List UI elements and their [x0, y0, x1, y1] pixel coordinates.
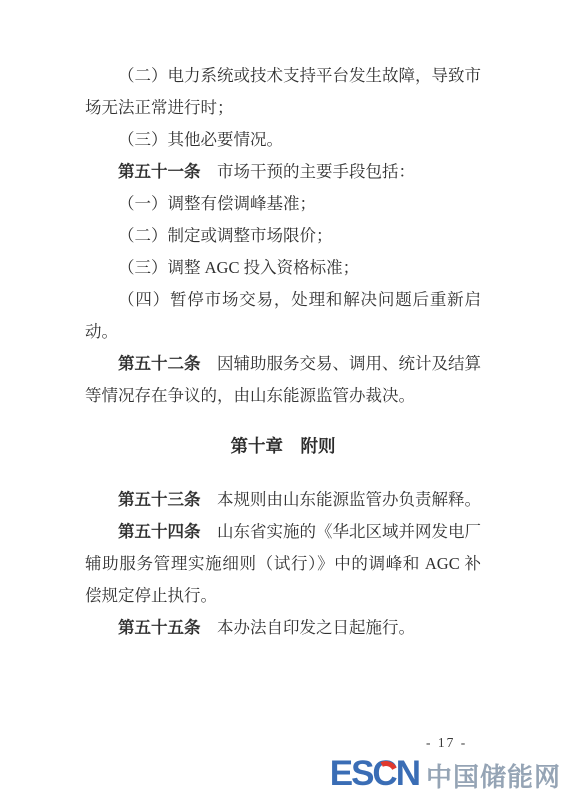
paragraph: 第五十四条 山东省实施的《华北区域并网发电厂辅助服务管理实施细则（试行）》中的调…: [85, 516, 481, 612]
paragraph-text: （三）其他必要情况。: [118, 130, 283, 149]
paragraph: 第五十二条 因辅助服务交易、调用、统计及结算等情况存在争议的，由山东能源监管办裁…: [85, 348, 481, 412]
paragraph-text: 本办法自印发之日起施行。: [201, 618, 416, 637]
paragraph: （一）调整有偿调峰基准；: [85, 188, 481, 220]
paragraph-text: 本规则由山东能源监管办负责解释。: [201, 490, 482, 509]
logo-letter-c: C: [372, 759, 395, 790]
paragraph: （二）制定或调整市场限价；: [85, 220, 481, 252]
paragraph: （三）其他必要情况。: [85, 124, 481, 156]
article-number: 第五十四条: [118, 522, 201, 541]
paragraph: 第五十五条 本办法自印发之日起施行。: [85, 612, 481, 644]
paragraph-text: 市场干预的主要手段包括：: [201, 162, 416, 181]
paragraph-text: （四）暂停市场交易，处理和解决问题后重新启动。: [85, 290, 481, 341]
paragraph: 第五十三条 本规则由山东能源监管办负责解释。: [85, 484, 481, 516]
page-number: - 17 -: [426, 735, 467, 751]
escn-logo-text-en: ESCN: [330, 759, 419, 790]
chapter-heading: 第十章 附则: [85, 430, 481, 462]
paragraph: （三）调整 AGC 投入资格标准；: [85, 252, 481, 284]
article-number: 第五十一条: [118, 162, 201, 181]
paragraph: （四）暂停市场交易，处理和解决问题后重新启动。: [85, 284, 481, 348]
escn-logo-text-cn: 中国储能网: [426, 764, 561, 790]
paragraph: （二）电力系统或技术支持平台发生故障，导致市场无法正常进行时；: [85, 60, 481, 124]
document-body: （二）电力系统或技术支持平台发生故障，导致市场无法正常进行时； （三）其他必要情…: [85, 60, 481, 644]
logo-letters-es: ES: [330, 754, 373, 793]
paragraph: 第五十一条 市场干预的主要手段包括：: [85, 156, 481, 188]
article-number: 第五十三条: [118, 490, 201, 509]
document-page: （二）电力系统或技术支持平台发生故障，导致市场无法正常进行时； （三）其他必要情…: [0, 0, 566, 800]
escn-logo: ESCN 中国储能网: [330, 759, 561, 790]
paragraph-text: （二）电力系统或技术支持平台发生故障，导致市场无法正常进行时；: [85, 66, 481, 117]
logo-letter-n: N: [396, 754, 419, 793]
article-number: 第五十二条: [118, 354, 201, 373]
paragraph-text: （二）制定或调整市场限价；: [118, 226, 333, 245]
paragraph-text: （三）调整 AGC 投入资格标准；: [118, 258, 359, 277]
article-number: 第五十五条: [118, 618, 201, 637]
paragraph-text: （一）调整有偿调峰基准；: [118, 194, 316, 213]
